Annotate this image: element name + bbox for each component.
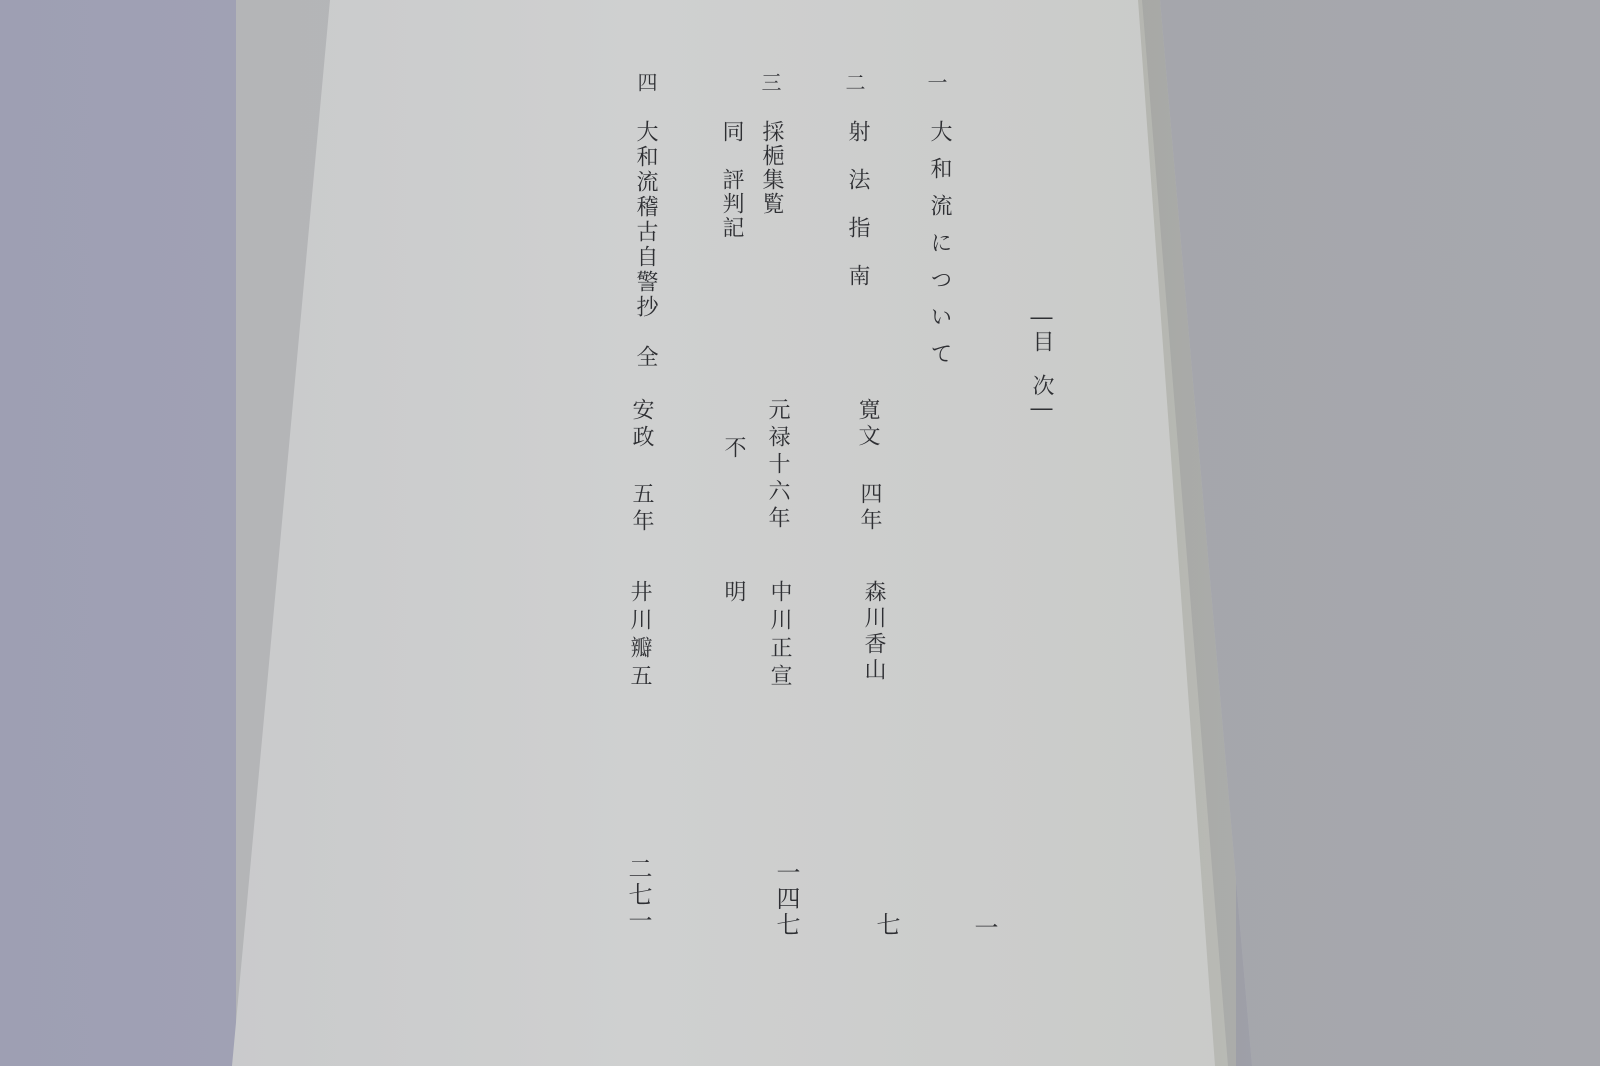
toc-entry-2-number: 二 — [844, 72, 864, 92]
toc-entry-3-author: 中川正宣 — [768, 580, 790, 692]
toc-entry-4-title: 大和流稽古自警抄 全 — [634, 120, 656, 370]
toc-entry-4-author: 井川瓣五 — [628, 580, 650, 692]
toc-entry-1-title: 大和流について — [928, 120, 950, 379]
toc-entry-3-era: 元禄十六年 — [766, 398, 788, 533]
toc-entry-1-page: 一 — [972, 915, 996, 939]
toc-entry-4-year: 五年 — [630, 482, 652, 536]
toc-entry-4-page: 二七一 — [626, 856, 650, 934]
toc-entry-1-number: 一 — [926, 72, 946, 92]
toc-entry-3-title: 採梔集覧 — [760, 120, 782, 216]
toc-entry-4-era: 安政 — [630, 398, 652, 452]
toc-heading: ―目 次― — [1030, 305, 1052, 421]
toc-entry-2-page: 七 — [874, 912, 898, 936]
toc-entry-3b-title: 同 評判記 — [720, 120, 742, 240]
toc-entry-3-page: 一四七 — [774, 860, 798, 938]
toc-entry-3b-era: 不 — [722, 436, 744, 458]
toc-entry-2-year: 四年 — [858, 482, 880, 534]
toc-entry-2-title: 射法指南 — [846, 120, 868, 312]
toc-entry-2-era: 寛文 — [856, 398, 878, 450]
toc-entry-2-author: 森川香山 — [862, 580, 884, 684]
toc-entry-3b-author: 明 — [722, 580, 744, 602]
toc-entry-4-number: 四 — [636, 72, 656, 92]
toc-entry-3-number: 三 — [760, 72, 780, 92]
